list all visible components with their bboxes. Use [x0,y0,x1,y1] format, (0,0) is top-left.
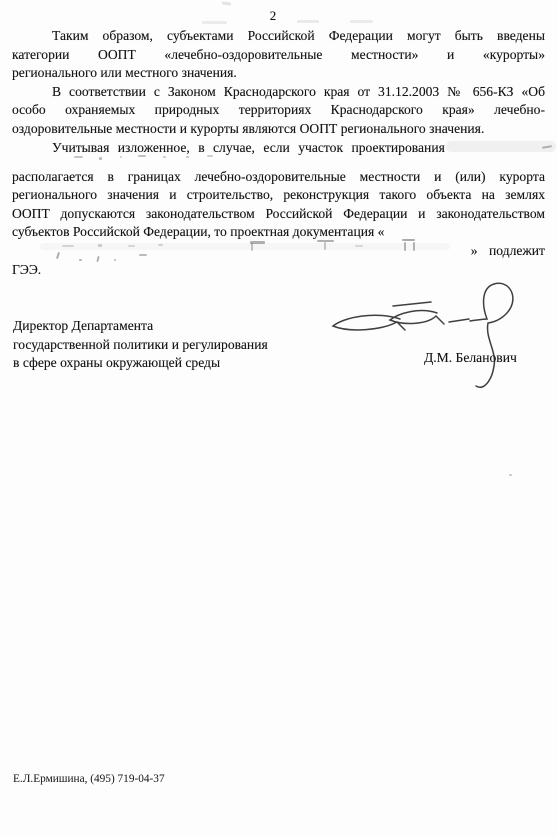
scan-artifact [120,156,122,158]
text-line: субъектов Российской Федерации, то проек… [12,223,545,242]
redaction-suffix: » подлежит [471,243,545,258]
signer-name: Д.М. Беланович [424,350,517,366]
text-line: особо охраняемых природных территориях К… [12,101,545,120]
scan-artifact [324,242,326,250]
signer-title-line: в сфере охраны окружающей среды [13,354,268,373]
closing-line: ГЭЭ. [12,261,545,280]
text-line: Таким образом, субъектами Российской Фед… [12,27,545,46]
document-page: 2 Таким образом, субъектами Российской Ф… [0,0,558,837]
page-number: 2 [0,8,546,24]
scan-artifact [355,245,363,247]
footer-contact: Е.Л.Ермишина, (495) 719-04-37 [13,773,165,785]
body-text: Таким образом, субъектами Российской Фед… [12,27,545,279]
text-line: располагается в границах лечебно-оздоров… [12,168,545,187]
scan-artifact [128,245,135,247]
text-line: ООПТ допускаются законодательством Росси… [12,205,545,224]
text-line: регионального или местного значения. [12,64,545,83]
scan-artifact [509,474,512,476]
scan-artifact [207,155,213,157]
scan-artifact [446,141,556,152]
signer-title-line: Директор Департамента [13,317,268,336]
scan-artifact [222,2,231,6]
text-line: категории ООПТ «лечебно-оздоровительные … [12,46,545,65]
scan-artifact [139,254,147,256]
scan-artifact [163,156,166,158]
redacted-gap [12,157,545,168]
scan-artifact [138,155,146,157]
text-line: оздоровительные местности и курорты явля… [12,120,545,139]
scan-artifact [158,244,163,246]
scan-artifact [74,156,83,158]
text-line: регионального значения и строительство, … [12,186,545,205]
scan-artifact [79,259,82,261]
signer-title: Директор Департамента государственной по… [13,317,268,373]
scan-artifact [251,243,253,251]
scan-artifact [402,239,415,241]
scan-artifact [62,245,74,247]
scan-artifact [114,259,116,261]
scan-artifact [99,157,102,160]
signature-scribble [330,281,555,399]
scan-artifact [413,242,415,251]
scan-artifact [404,242,406,251]
scan-artifact [186,156,189,158]
text-line: В соответствии с Законом Краснодарского … [12,83,545,102]
signer-title-line: государственной политики и регулирования [13,336,268,355]
scan-artifact [98,244,102,247]
